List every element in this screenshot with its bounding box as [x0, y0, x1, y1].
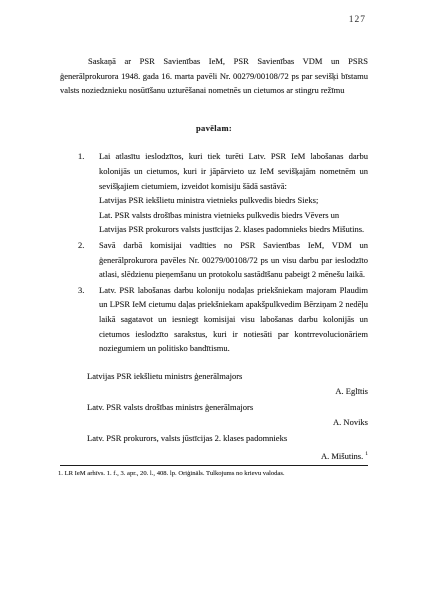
- document-page: 127 Saskaņā ar PSR Savienības IeM, PSR S…: [0, 0, 424, 600]
- item-number: 2.: [78, 238, 84, 253]
- ordered-list: 1. Lai atlasītu ieslodzītos, kuri tiek t…: [60, 149, 368, 355]
- order-heading: pavēlam:: [60, 121, 368, 136]
- signature-block: Latvijas PSR iekšlietu ministrs ģenerālm…: [60, 369, 368, 463]
- item-subline: Lat. PSR valsts drošības ministra vietni…: [99, 208, 368, 223]
- footnote-reference: 1: [365, 451, 368, 457]
- signature-title: Latv. PSR valsts drošības ministrs ģener…: [87, 400, 368, 415]
- item-subline: Latvijas PSR iekšlietu ministra vietniek…: [99, 193, 368, 208]
- item-number: 3.: [78, 283, 84, 298]
- item-number: 1.: [78, 149, 84, 164]
- signature-title: Latv. PSR prokurors, valsts jūstīcijas 2…: [87, 431, 368, 446]
- list-item-2: 2. Savā darbā komisijai vadīties no PSR …: [60, 238, 368, 282]
- footnote-text: 1. LR IeM arhīvs. 1. f., 3. apr., 20. l.…: [58, 469, 368, 478]
- footnote-separator: [60, 465, 368, 466]
- signature-title: Latvijas PSR iekšlietu ministrs ģenerālm…: [87, 369, 368, 384]
- signature-name-text: A. Mišutins.: [321, 450, 363, 460]
- intro-paragraph: Saskaņā ar PSR Savienības IeM, PSR Savie…: [60, 54, 368, 98]
- list-item-3: 3. Latv. PSR labošanas darbu koloniju no…: [60, 283, 368, 356]
- signature-name: A. Noviks: [60, 415, 368, 430]
- signature-name: A. Mišutins.1: [60, 447, 368, 463]
- item-subline: Latvijas PSR prokurors valsts justīcijas…: [99, 222, 368, 237]
- page-number: 127: [349, 15, 366, 25]
- item-text: Latv. PSR labošanas darbu koloniju nodaļ…: [99, 283, 368, 356]
- item-text: Savā darbā komisijai vadīties no PSR Sav…: [99, 238, 368, 282]
- signature-name: A. Eglītis: [60, 384, 368, 399]
- list-item-1: 1. Lai atlasītu ieslodzītos, kuri tiek t…: [60, 149, 368, 237]
- item-text: Lai atlasītu ieslodzītos, kuri tiek turē…: [99, 149, 368, 193]
- page-content: Saskaņā ar PSR Savienības IeM, PSR Savie…: [60, 54, 368, 478]
